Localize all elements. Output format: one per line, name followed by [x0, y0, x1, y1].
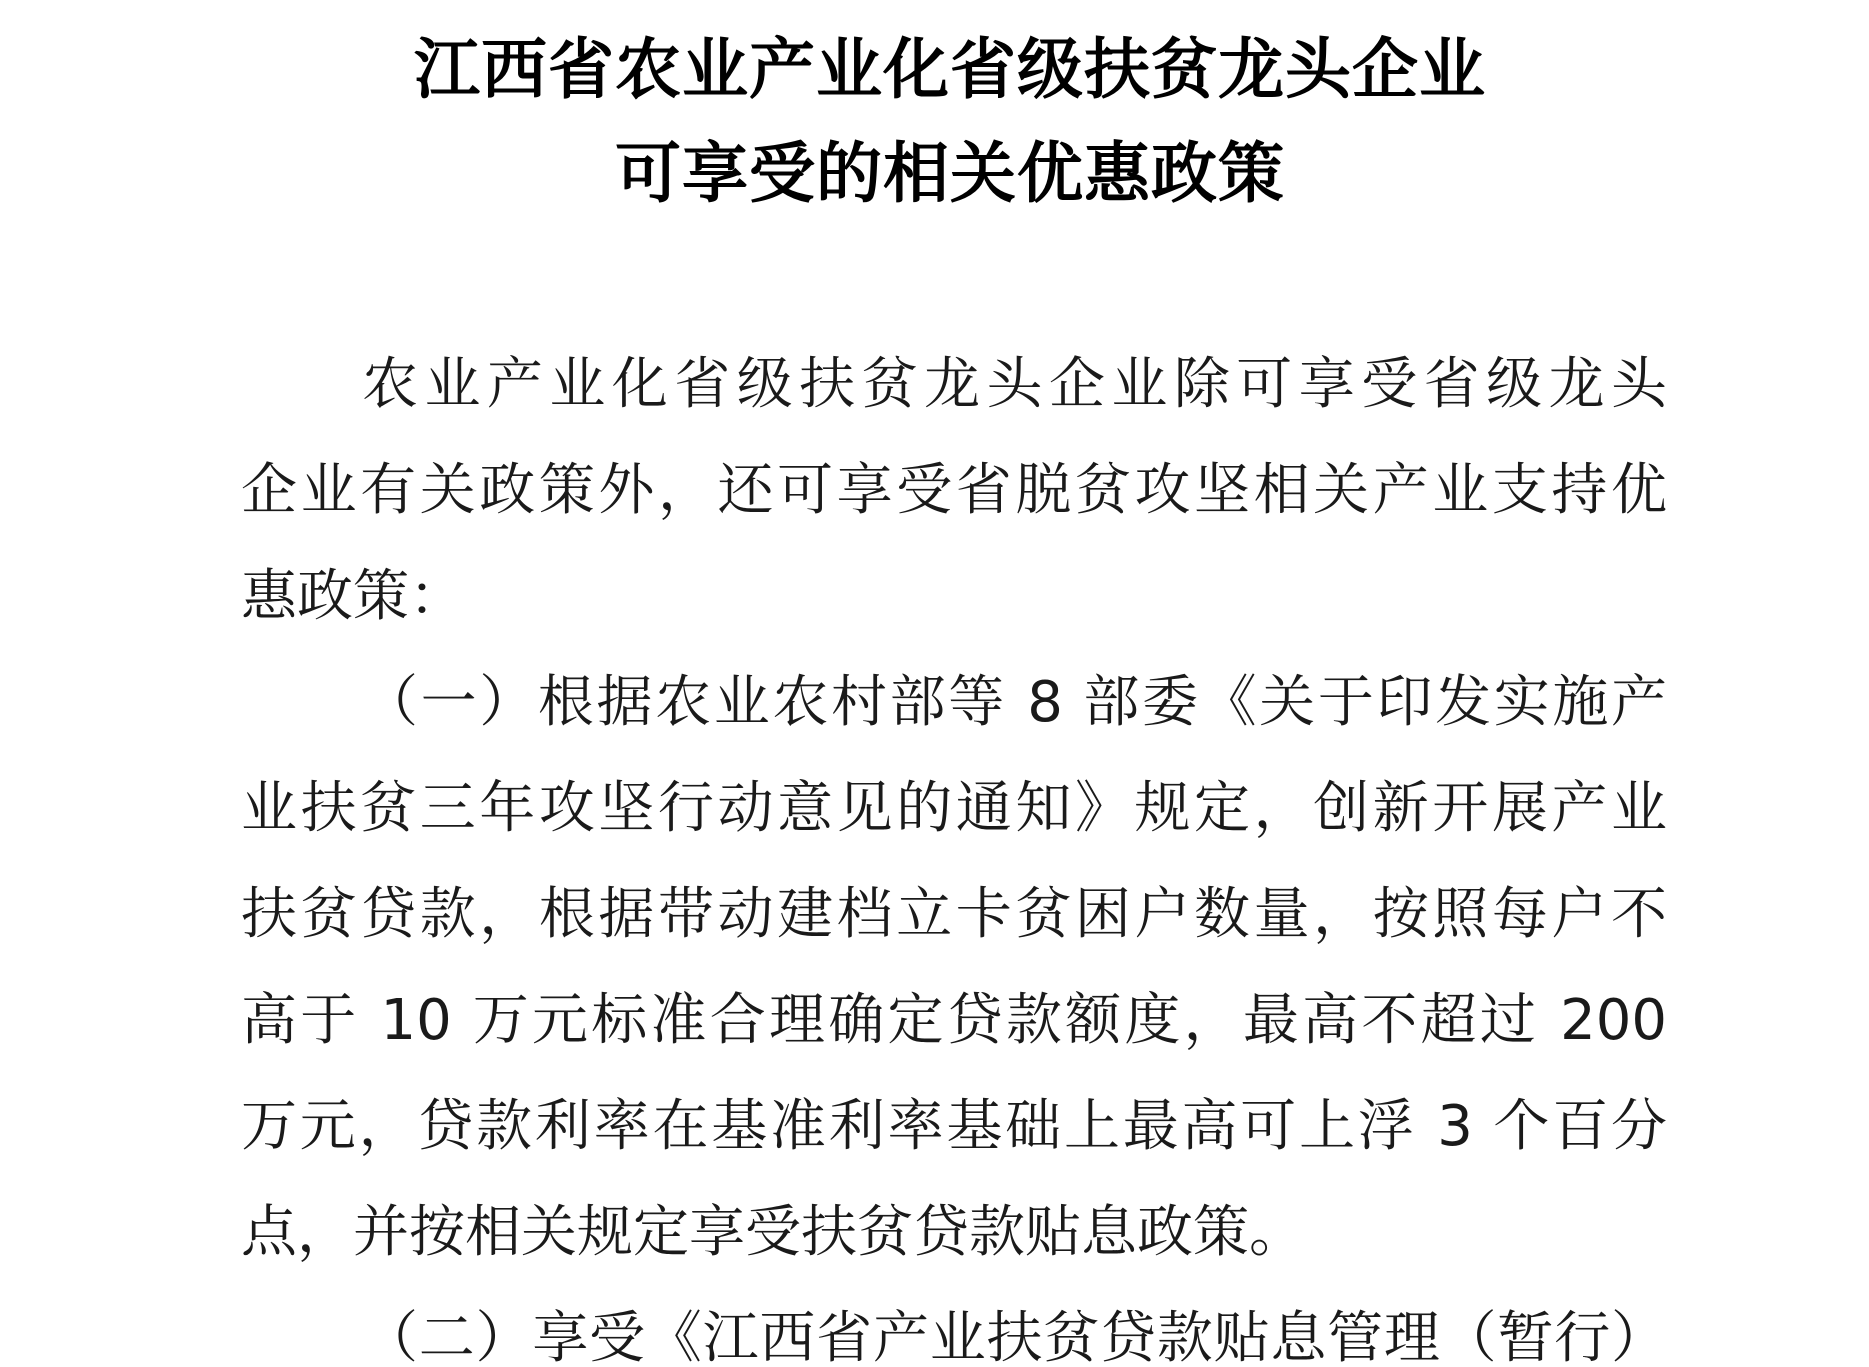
paragraph-intro-line-3: 惠政策： — [241, 562, 1667, 632]
paragraph-item-1-line-4: 高于 10 万元标准合理确定贷款额度，最高不超过 200 — [241, 986, 1667, 1056]
document-title-line-1: 江西省农业产业化省级扶贫龙头企业 — [0, 34, 1869, 106]
paragraph-item-1-line-6: 点，并按相关规定享受扶贫贷款贴息政策。 — [241, 1198, 1667, 1268]
paragraph-item-1-line-1: （一）根据农业农村部等 8 部委《关于印发实施产 — [362, 668, 1667, 738]
paragraph-item-2-line-1: （二）享受《江西省产业扶贫贷款贴息管理（暂行） — [362, 1304, 1667, 1367]
paragraph-intro-line-1: 农业产业化省级扶贫龙头企业除可享受省级龙头 — [362, 350, 1667, 420]
paragraph-item-1-line-2: 业扶贫三年攻坚行动意见的通知》规定，创新开展产业 — [241, 774, 1667, 844]
paragraph-intro-line-2: 企业有关政策外，还可享受省脱贫攻坚相关产业支持优 — [241, 456, 1667, 526]
paragraph-item-1-line-5: 万元，贷款利率在基准利率基础上最高可上浮 3 个百分 — [241, 1092, 1667, 1162]
document-title-line-2: 可享受的相关优惠政策 — [0, 138, 1869, 210]
paragraph-item-1-line-3: 扶贫贷款，根据带动建档立卡贫困户数量，按照每户不 — [241, 880, 1667, 950]
